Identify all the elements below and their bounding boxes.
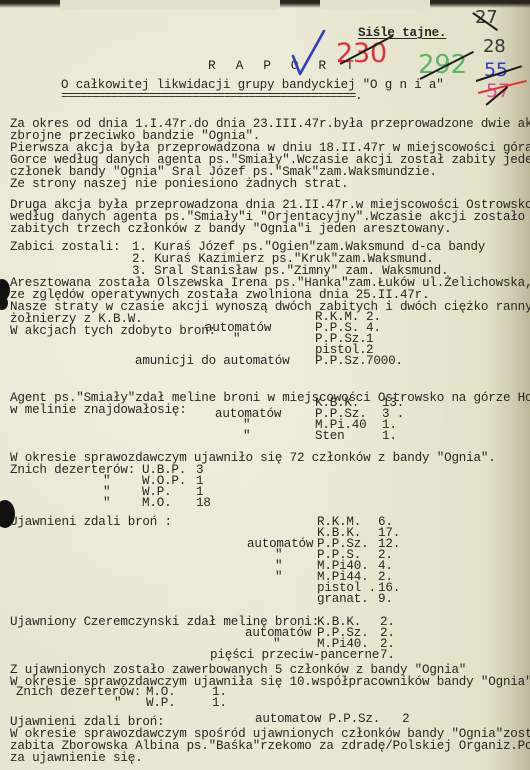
row-type: P.P.Sz.: [315, 355, 367, 368]
paper-fold: [60, 0, 150, 10]
handwritten-page-new: 28: [483, 36, 506, 57]
row-qty: 1.: [382, 430, 397, 443]
deserters-2-label: Znich dezerterów:: [16, 686, 141, 699]
handwritten-number-magenta: 57: [486, 80, 510, 102]
text-line: w melinie znajdowałosię:: [10, 404, 187, 417]
row-label: ": [103, 497, 110, 510]
text-line: W akcjach tych zdobyto broń:: [10, 325, 216, 338]
revealed-2-item: automatow P.P.Sz. 2: [255, 713, 410, 726]
row-type: Sten: [315, 430, 344, 443]
row-type: M.O.: [142, 497, 171, 510]
document-page: Siśle tajne. R A P O R T O całkowitej li…: [0, 0, 530, 770]
killed-label: Zabici zostali:: [10, 241, 120, 254]
row-qty: 7.: [380, 649, 395, 662]
row-label: ": [275, 571, 282, 584]
paper-fold: [140, 0, 280, 10]
revealed-label: Ujawnieni zdali broń :: [10, 516, 172, 529]
text-line: zabitych trzech członków z bandy "Ognia"…: [10, 223, 451, 236]
subtitle-rule: ========================================…: [61, 90, 361, 103]
row-qty: 9.: [378, 593, 393, 606]
row-label: pięści przeciw-pancerne: [210, 649, 379, 662]
row-label: amunicji do automatów: [135, 355, 290, 368]
paper-fold: [320, 0, 430, 10]
row-qty: 1.: [212, 697, 227, 710]
row-label: ": [233, 333, 240, 346]
deserters-label: Znich dezerterów:: [10, 464, 135, 477]
row-type: granat.: [317, 593, 369, 606]
row-qty: 18: [196, 497, 211, 510]
text-line: Ze strony naszej nie poniesiono żadnych …: [10, 178, 348, 191]
row-type: W.P.: [146, 697, 175, 710]
text-line: za ujawnienie się.: [10, 752, 142, 765]
row-label: ": [114, 697, 121, 710]
row-label: ": [243, 430, 250, 443]
row-qty: 7000.: [366, 355, 403, 368]
checkmark-icon: [290, 28, 330, 78]
ink-blot: [0, 296, 8, 310]
